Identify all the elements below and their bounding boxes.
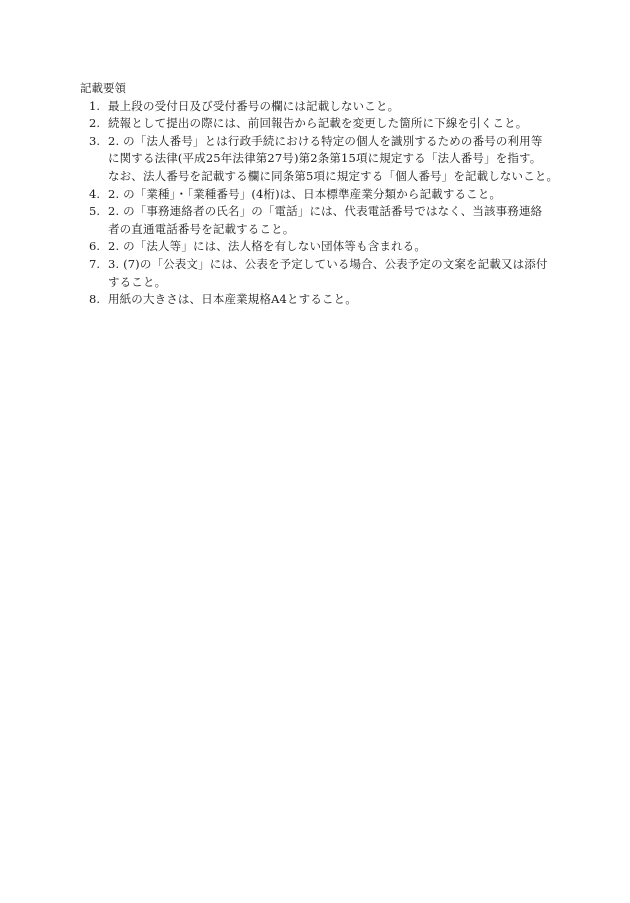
list-item-2: 2. 続報として提出の際には、前回報告から記載を変更した箇所に下線を引くこと。 bbox=[80, 115, 558, 133]
list-item-6: 6. 2. の「法人等」には、法人格を有しない団体等も含まれる。 bbox=[80, 238, 558, 256]
list-item-7: 7. 3. (7)の「公表文」には、公表を予定している場合、公表予定の文案を記載… bbox=[80, 256, 558, 291]
item-text: 者の直通電話番号を記載すること。 bbox=[108, 221, 558, 239]
item-text: 2. の「事務連絡者の氏名」の「電話」には、代表電話番号ではなく、当該事務連絡 bbox=[108, 203, 558, 221]
item-number: 6. bbox=[89, 238, 100, 256]
document-page: 記載要領 1. 最上段の受付日及び受付番号の欄には記載しないこと。 2. 続報と… bbox=[0, 0, 630, 903]
item-text: に関する法律(平成25年法律第27号)第2条第15項に規定する「法人番号」を指す… bbox=[108, 150, 558, 168]
item-text: 最上段の受付日及び受付番号の欄には記載しないこと。 bbox=[108, 98, 558, 116]
item-text: 2. の「業種」・「業種番号」(4桁)は、日本標準産業分類から記載すること。 bbox=[108, 186, 558, 204]
item-text: すること。 bbox=[108, 274, 558, 292]
item-number: 1. bbox=[89, 98, 100, 116]
instructions-list: 1. 最上段の受付日及び受付番号の欄には記載しないこと。 2. 続報として提出の… bbox=[80, 98, 558, 309]
list-item-3: 3. 2. の「法人番号」とは行政手続における特定の個人を識別するための番号の利… bbox=[80, 133, 558, 186]
item-number: 4. bbox=[89, 186, 100, 204]
list-item-1: 1. 最上段の受付日及び受付番号の欄には記載しないこと。 bbox=[80, 98, 558, 116]
item-number: 3. bbox=[89, 133, 100, 151]
list-item-5: 5. 2. の「事務連絡者の氏名」の「電話」には、代表電話番号ではなく、当該事務… bbox=[80, 203, 558, 238]
item-text: 2. の「法人番号」とは行政手続における特定の個人を識別するための番号の利用等 bbox=[108, 133, 558, 151]
item-text: 続報として提出の際には、前回報告から記載を変更した箇所に下線を引くこと。 bbox=[108, 115, 558, 133]
list-item-8: 8. 用紙の大きさは、日本産業規格A4とすること。 bbox=[80, 291, 558, 309]
item-number: 7. bbox=[89, 256, 100, 274]
item-number: 5. bbox=[89, 203, 100, 221]
item-text: 用紙の大きさは、日本産業規格A4とすること。 bbox=[108, 291, 558, 309]
item-number: 2. bbox=[89, 115, 100, 133]
section-title: 記載要領 bbox=[80, 80, 126, 98]
item-text: 2. の「法人等」には、法人格を有しない団体等も含まれる。 bbox=[108, 238, 558, 256]
item-text: 3. (7)の「公表文」には、公表を予定している場合、公表予定の文案を記載又は添… bbox=[108, 256, 558, 274]
list-item-4: 4. 2. の「業種」・「業種番号」(4桁)は、日本標準産業分類から記載すること… bbox=[80, 186, 558, 204]
item-text: なお、法人番号を記載する欄に同条第5項に規定する「個人番号」を記載しないこと。 bbox=[108, 168, 558, 186]
item-number: 8. bbox=[89, 291, 100, 309]
